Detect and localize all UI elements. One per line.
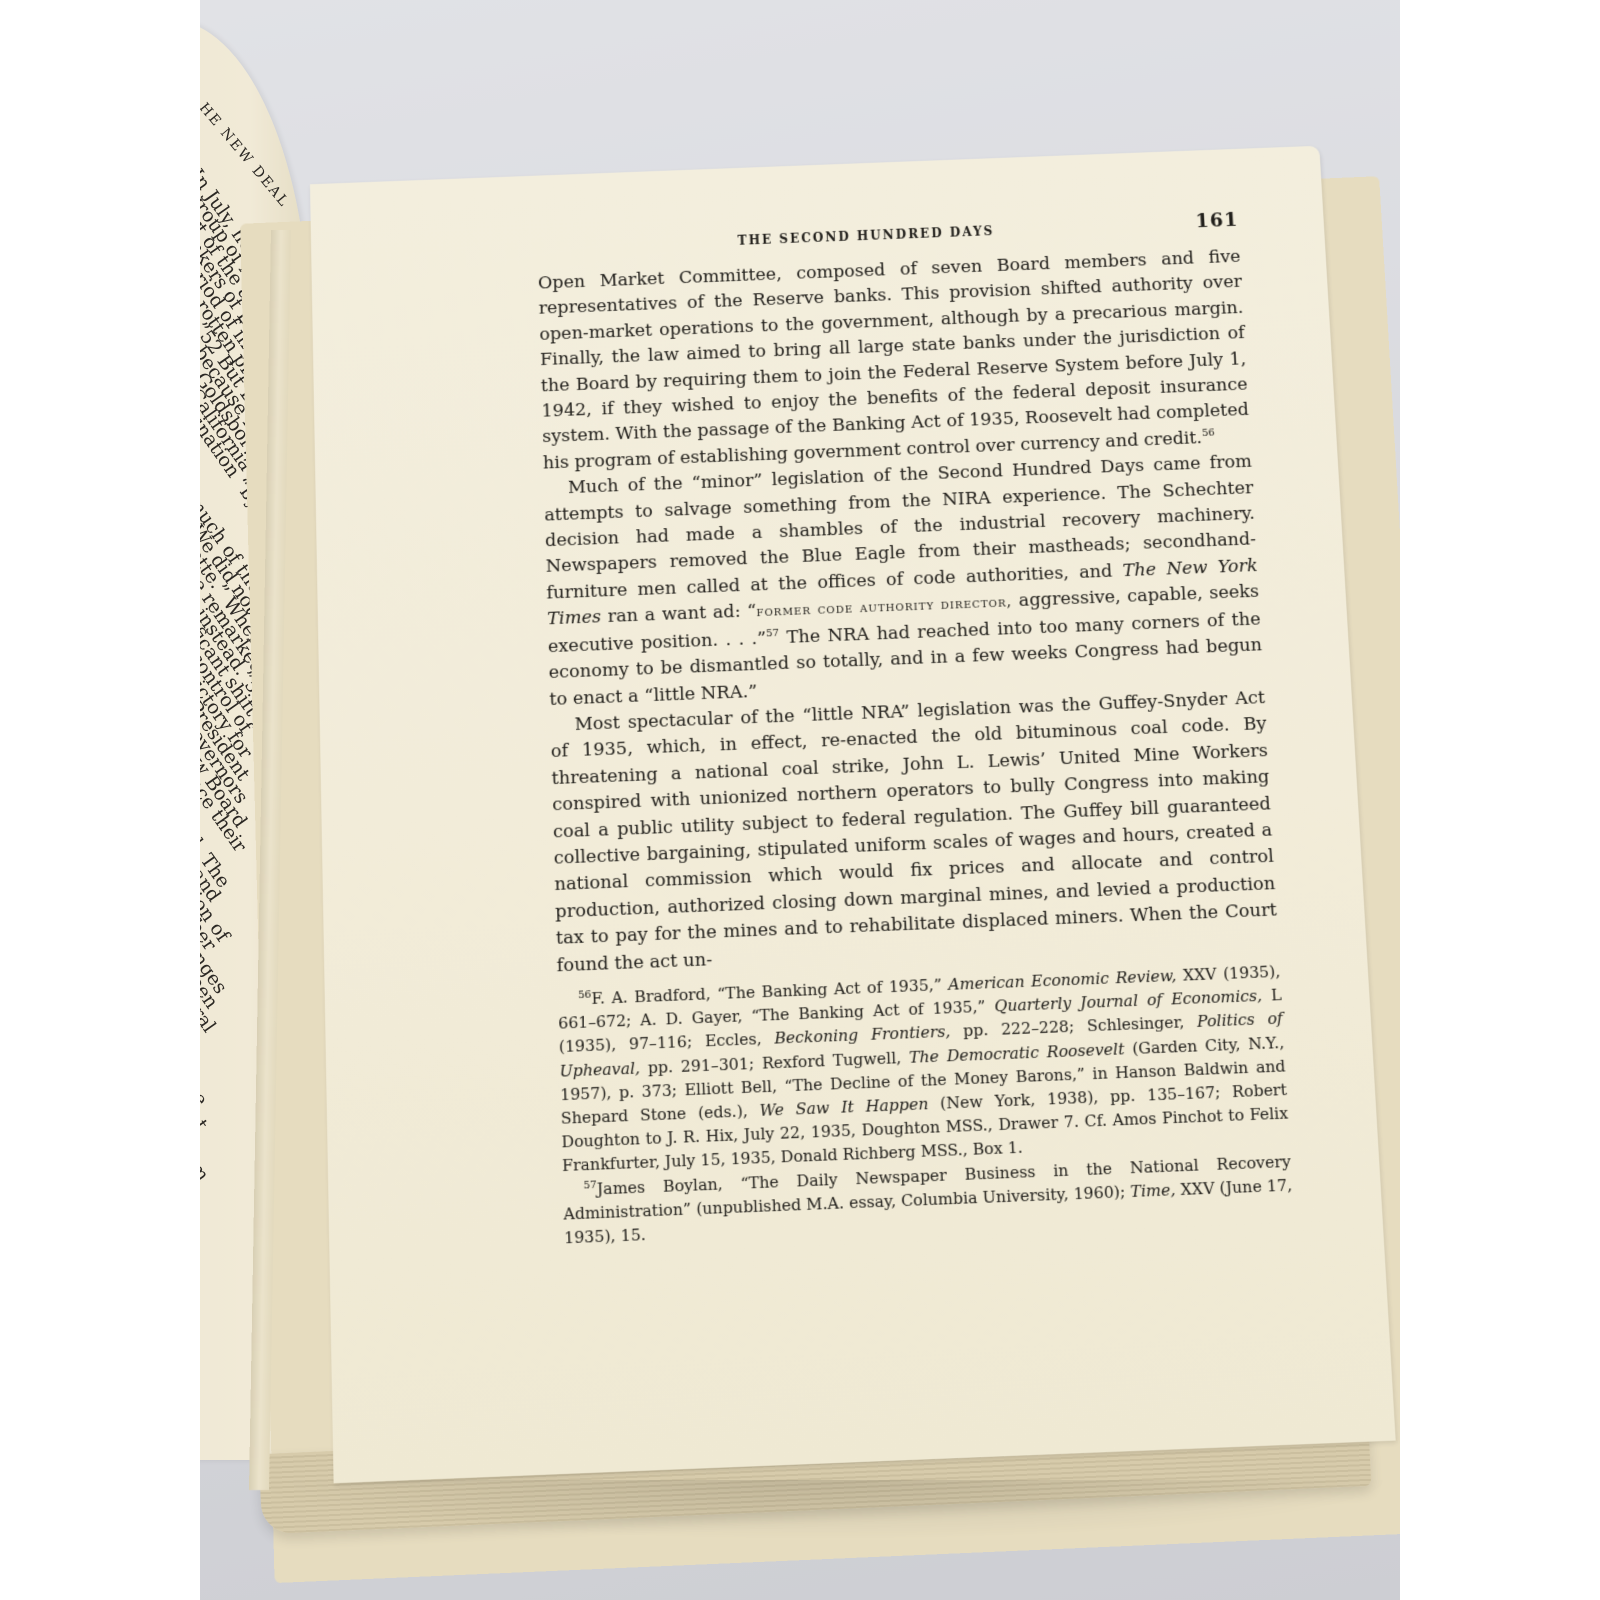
paragraph-text: Much of the “minor” legislation of the S… xyxy=(544,452,1257,604)
want-ad-smallcaps: former code authority director, xyxy=(756,594,1012,620)
paragraph-guffey-act: Most spectacular of the “little NRA” leg… xyxy=(550,685,1279,979)
paragraph-text: Most spectacular of the “little NRA” leg… xyxy=(551,687,1278,976)
page-content: THE SECOND HUNDRED DAYS 161 Open Market … xyxy=(537,209,1294,1250)
footnote-ref: 57 xyxy=(766,628,779,640)
paragraph-text: Open Market Committee, composed of seven… xyxy=(538,247,1250,474)
paragraph-banking-act: Open Market Committee, composed of seven… xyxy=(538,245,1251,477)
paragraph-little-nra: Much of the “minor” legislation of the S… xyxy=(543,450,1264,714)
footnote-56: 56F. A. Bradford, “The Banking Act of 19… xyxy=(557,960,1290,1178)
citation-title: The Democratic Roosevelt xyxy=(909,1039,1125,1067)
footnote-ref: 56 xyxy=(1202,427,1215,439)
right-page: THE SECOND HUNDRED DAYS 161 Open Market … xyxy=(310,146,1396,1484)
running-head-title: THE SECOND HUNDRED DAYS xyxy=(737,224,994,248)
footnote-number: 57 xyxy=(583,1179,597,1191)
book-photo: HE NEW DEAL item. In July, helittle grou… xyxy=(200,0,1400,1600)
body-text: Open Market Committee, composed of seven… xyxy=(538,245,1279,980)
footnote-number: 56 xyxy=(578,989,591,1001)
footnotes: 56F. A. Bradford, “The Banking Act of 19… xyxy=(557,960,1294,1250)
citation-title: We Saw It Happen xyxy=(759,1094,928,1120)
paragraph-text: ran a want ad: “ xyxy=(601,601,757,628)
citation-title: Time, xyxy=(1130,1180,1176,1201)
citation-title: Beckoning Frontiers, xyxy=(774,1022,951,1048)
book-shadow xyxy=(240,1480,1400,1540)
page-number: 161 xyxy=(1195,209,1239,233)
